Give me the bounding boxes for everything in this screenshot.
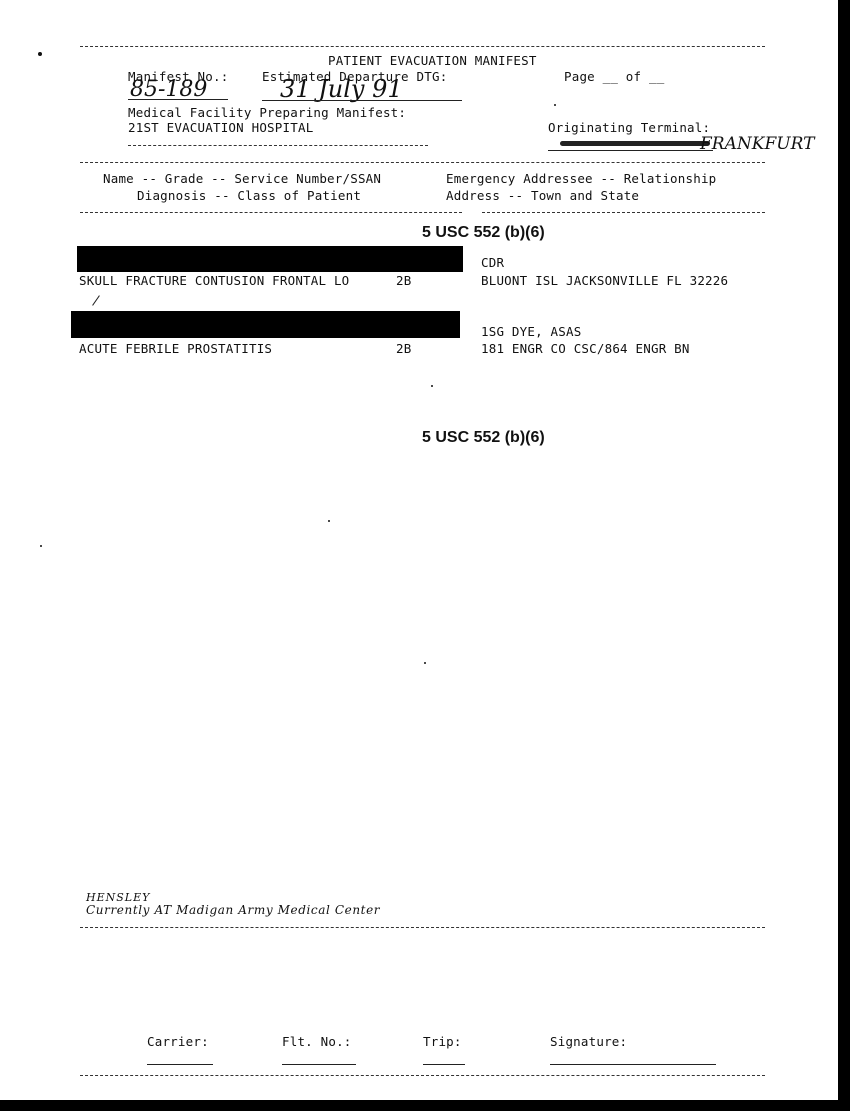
flight-field[interactable] — [282, 1064, 356, 1065]
column-header-left-2: Diagnosis -- Class of Patient — [137, 189, 361, 203]
terminal-value: FRANKFURT — [700, 134, 814, 154]
redacted-patient-name — [71, 311, 460, 338]
divider-top — [80, 46, 765, 47]
patient-diagnosis: SKULL FRACTURE CONTUSION FRONTAL LO — [79, 274, 349, 288]
facility-value: 21ST EVACUATION HOSPITAL — [128, 121, 313, 135]
divider-bottom — [80, 1075, 765, 1076]
patient-class: 2B — [396, 274, 411, 288]
speck — [40, 545, 42, 547]
facility-label: Medical Facility Preparing Manifest: — [128, 106, 406, 120]
trip-label: Trip: — [423, 1035, 462, 1049]
page-label: Page __ of __ — [564, 70, 664, 84]
divider-columns-top — [80, 162, 765, 163]
terminal-strikethrough — [560, 141, 710, 146]
patient-addressee: 1SG DYE, ASAS — [481, 325, 581, 339]
patient-address: BLUONT ISL JACKSONVILLE FL 32226 — [481, 274, 728, 288]
speck — [328, 520, 330, 522]
document-title: PATIENT EVACUATION MANIFEST — [328, 54, 537, 68]
trip-field[interactable] — [423, 1064, 465, 1065]
signature-field[interactable] — [550, 1064, 716, 1065]
patient-address: 181 ENGR CO CSC/864 ENGR BN — [481, 342, 690, 356]
note-location: Currently AT Madigan Army Medical Center — [86, 903, 380, 917]
exemption-stamp: 5 USC 552 (b)(6) — [422, 429, 545, 447]
divider-notes — [80, 927, 765, 928]
terminal-underline — [548, 150, 713, 151]
scan-border-bottom — [0, 1100, 850, 1111]
carrier-label: Carrier: — [147, 1035, 209, 1049]
patient-diagnosis: ACUTE FEBRILE PROSTATITIS — [79, 342, 272, 356]
speck — [431, 385, 433, 387]
carrier-field[interactable] — [147, 1064, 213, 1065]
terminal-label: Originating Terminal: — [548, 121, 710, 135]
column-header-right-2: Address -- Town and State — [446, 189, 639, 203]
column-header-right-1: Emergency Addressee -- Relationship — [446, 172, 716, 186]
speck — [424, 662, 426, 664]
patient-addressee: CDR — [481, 256, 504, 270]
speck — [38, 52, 42, 56]
departure-underline — [262, 100, 462, 101]
signature-label: Signature: — [550, 1035, 627, 1049]
handwritten-mark — [92, 295, 100, 305]
departure-value: 31 July 91 — [280, 75, 403, 103]
exemption-stamp: 5 USC 552 (b)(6) — [422, 224, 545, 242]
patient-class: 2B — [396, 342, 411, 356]
divider-columns-left — [80, 212, 462, 213]
flight-label: Flt. No.: — [282, 1035, 352, 1049]
speck — [554, 104, 556, 106]
divider-columns-right — [482, 212, 765, 213]
facility-underline — [128, 145, 428, 146]
manifest-no-underline — [128, 99, 228, 100]
scan-border-right — [838, 0, 850, 1111]
column-header-left-1: Name -- Grade -- Service Number/SSAN — [103, 172, 381, 186]
redacted-patient-name — [77, 246, 463, 272]
